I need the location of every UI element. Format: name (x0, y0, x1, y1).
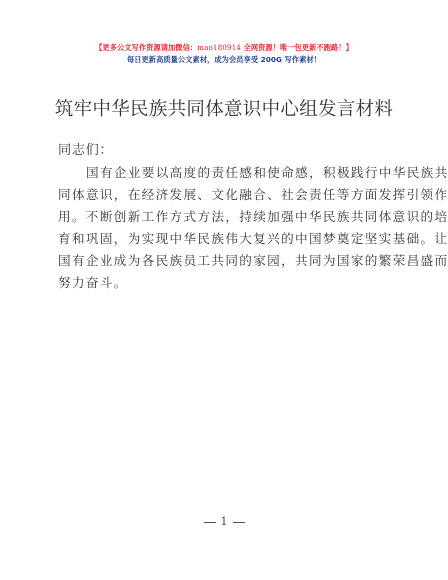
paragraph-line: 育和巩固，为实现中华民族伟大复兴的中国梦奠定坚实基础。让 (58, 228, 394, 250)
body-paragraph: 国有企业要以高度的责任感和使命感，积极践行中华民族共 同体意识，在经济发展、文化… (58, 162, 394, 294)
promo-banner-line-2: 每日更新高质量公文素材，成为会员享受 200G 写作素材！ (0, 55, 448, 65)
paragraph-line: 努力奋斗。 (58, 272, 394, 294)
paragraph-line: 国有企业要以高度的责任感和使命感，积极践行中华民族共 (58, 162, 394, 184)
salutation: 同志们： (58, 141, 113, 161)
page-number: 1 (221, 515, 228, 528)
dash-right (233, 522, 245, 523)
promo-banner-line-1: 【更多公文写作资源请加微信：mao180914 全网资源！唯一包更新不跑路！】 (0, 43, 448, 53)
paragraph-line: 用。不断创新工作方式方法，持续加强中华民族共同体意识的培 (58, 206, 394, 228)
wechat-id: mao180914 (197, 43, 241, 52)
page-footer: 1 (0, 514, 448, 530)
document-page: 【更多公文写作资源请加微信：mao180914 全网资源！唯一包更新不跑路！】 … (0, 0, 448, 580)
paragraph-line: 同体意识，在经济发展、文化融合、社会责任等方面发挥引领作 (58, 184, 394, 206)
promo-suffix: 全网资源！唯一包更新不跑路！】 (241, 43, 353, 52)
paragraph-line: 国有企业成为各民族员工共同的家园，共同为国家的繁荣昌盛而 (58, 250, 394, 272)
dash-left (204, 522, 216, 523)
promo-prefix: 【更多公文写作资源请加微信： (95, 43, 197, 52)
document-title: 筑牢中华民族共同体意识中心组发言材料 (0, 97, 448, 123)
